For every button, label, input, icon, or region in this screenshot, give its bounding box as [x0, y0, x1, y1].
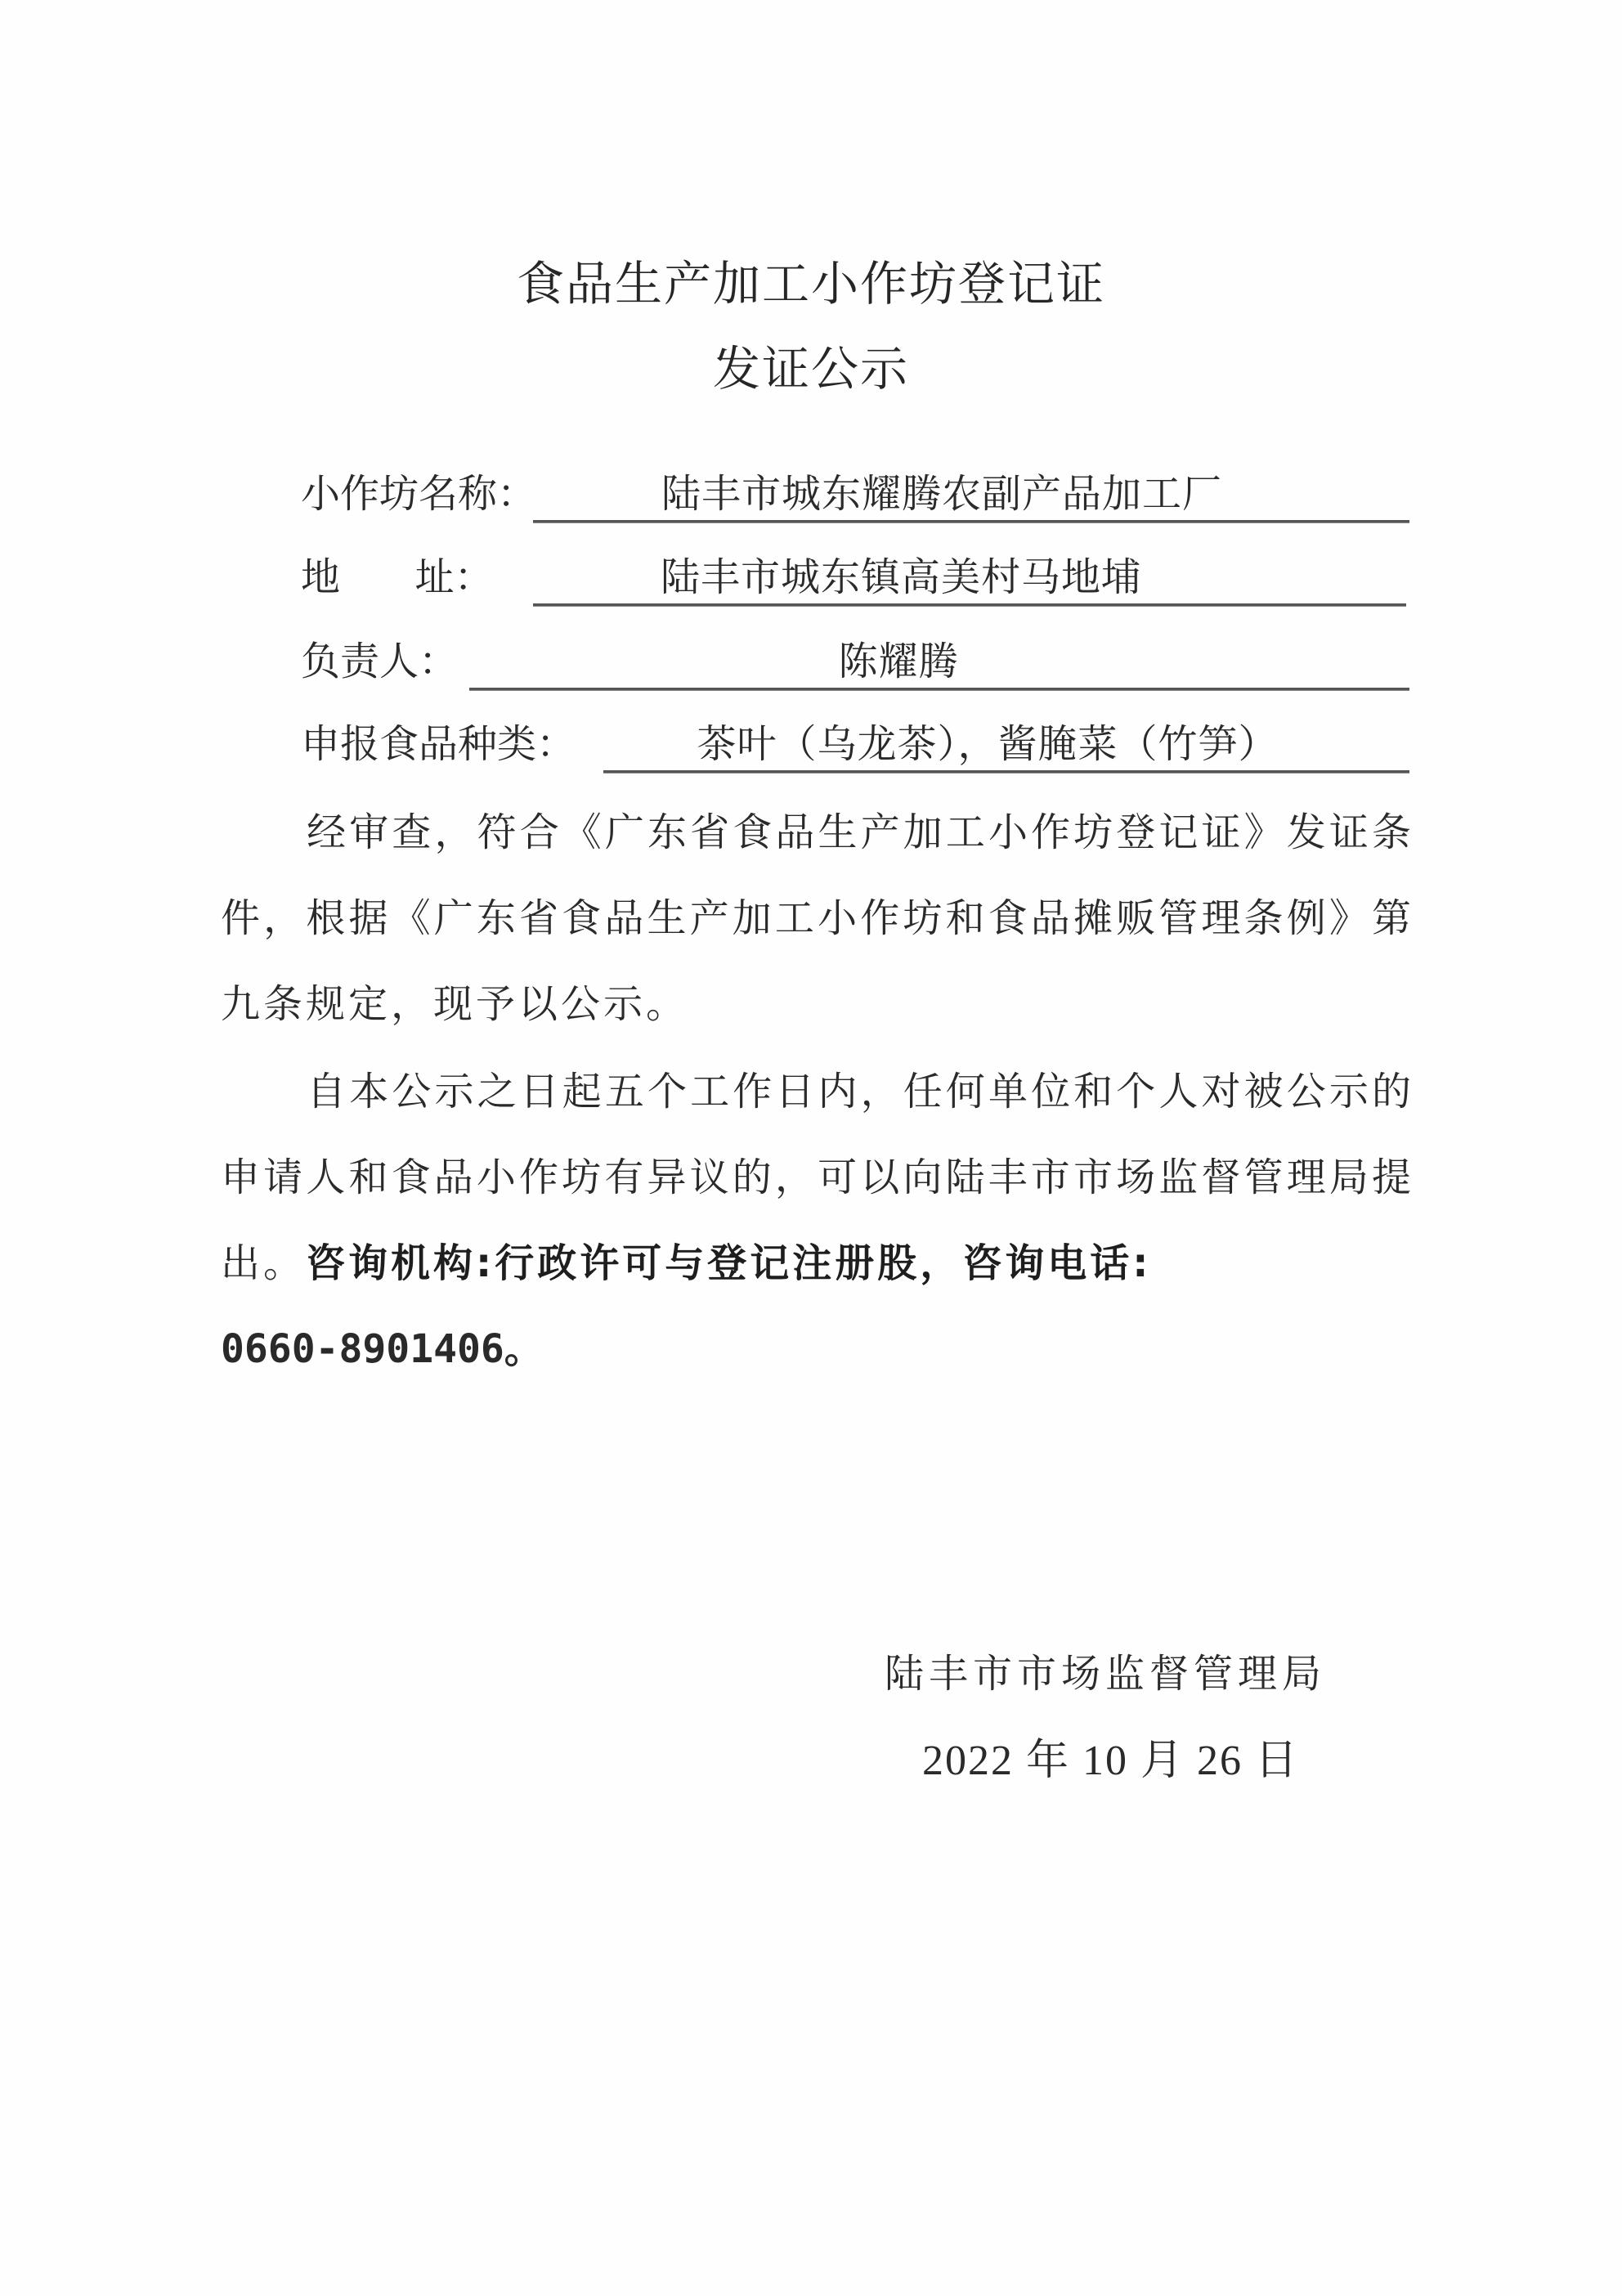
- field-address: 地 址： 陆丰市城东镇高美村马地埔: [301, 541, 1409, 607]
- paragraph-objection: 自本公示之日起五个工作日内，任何单位和个人对被公示的申请人和食品小作坊有异议的，…: [221, 1049, 1414, 1392]
- document-page: 食品生产加工小作坊登记证 发证公示 小作坊名称： 陆丰市城东耀腾农副产品加工厂 …: [0, 0, 1622, 2296]
- field-underline: [603, 770, 1409, 774]
- field-label: 地 址：: [301, 545, 494, 602]
- field-value: 陈耀腾: [469, 630, 1328, 686]
- contact-info: 咨询机构:行政许可与登记注册股，咨询电话:: [306, 1240, 1151, 1286]
- field-label: 负责人：: [301, 630, 458, 686]
- issue-date: 2022 年 10 月 26 日: [922, 1725, 1299, 1787]
- issuer-name: 陆丰市市场监督管理局: [885, 1642, 1326, 1698]
- field-underline: [469, 688, 1409, 691]
- contact-phone: 0660-8901406。: [221, 1326, 544, 1372]
- field-underline: [533, 603, 1406, 607]
- field-responsible-person: 负责人： 陈耀腾: [301, 626, 1409, 691]
- field-value: 陆丰市城东镇高美村马地埔: [533, 545, 1269, 602]
- paragraph-review: 经审查，符合《广东省食品生产加工小作坊登记证》发证条件，根据《广东省食品生产加工…: [221, 790, 1414, 1047]
- review-text: 经审查，符合《广东省食品生产加工小作坊登记证》发证条件，根据《广东省食品生产加工…: [221, 809, 1414, 1027]
- document-title: 食品生产加工小作坊登记证: [0, 245, 1622, 314]
- field-value: 陆丰市城东耀腾农副产品加工厂: [533, 462, 1351, 518]
- field-underline: [533, 520, 1409, 523]
- field-label: 小作坊名称：: [301, 462, 536, 518]
- field-workshop-name: 小作坊名称： 陆丰市城东耀腾农副产品加工厂: [301, 458, 1409, 523]
- field-label: 申报食品种类：: [301, 712, 576, 769]
- field-value: 茶叶（乌龙茶），酱腌菜（竹笋）: [603, 712, 1372, 769]
- document-subtitle: 发证公示: [0, 330, 1622, 399]
- field-food-categories: 申报食品种类： 茶叶（乌龙茶），酱腌菜（竹笋）: [301, 708, 1409, 774]
